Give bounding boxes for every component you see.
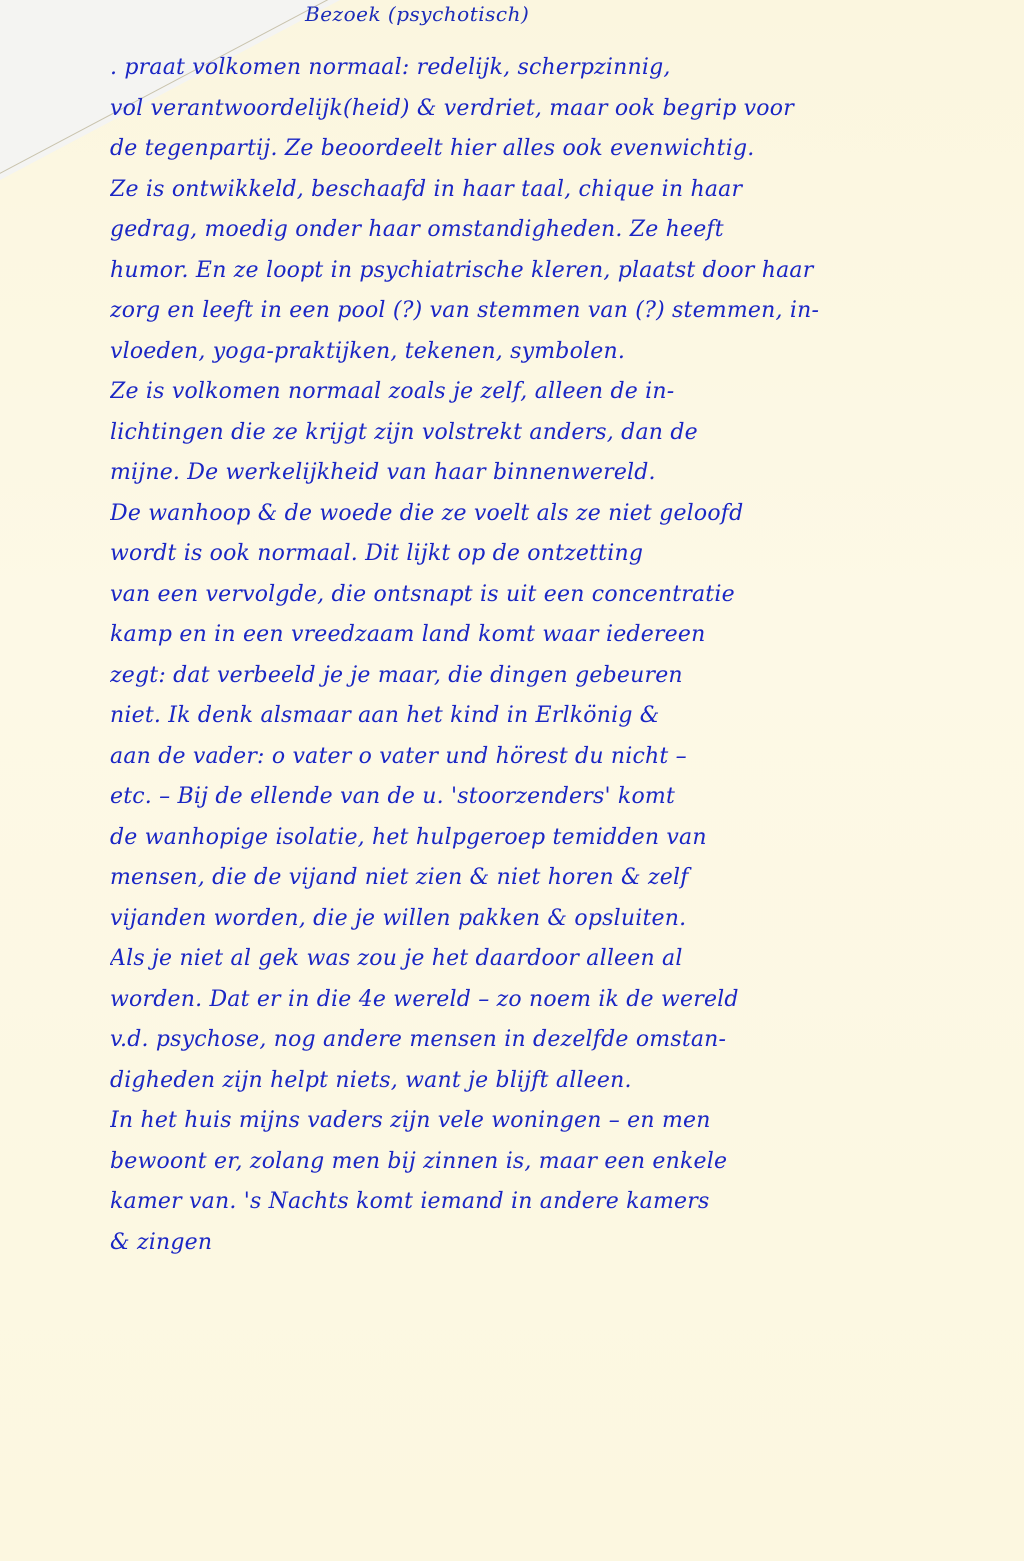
text-line: v.d. psychose, nog andere mensen in deze…: [110, 1020, 990, 1061]
text-line: zegt: dat verbeeld je je maar, die dinge…: [110, 656, 990, 697]
text-line: mensen, die de vijand niet zien & niet h…: [110, 858, 990, 899]
text-line: gedrag, moedig onder haar omstandigheden…: [110, 210, 990, 251]
text-line: Ze is volkomen normaal zoals je zelf, al…: [110, 372, 990, 413]
text-line: etc. – Bij de ellende van de u. 'stoorze…: [110, 777, 990, 818]
text-line: De wanhoop & de woede die ze voelt als z…: [110, 494, 990, 535]
text-line: de wanhopige isolatie, het hulpgeroep te…: [110, 818, 990, 859]
text-line: van een vervolgde, die ontsnapt is uit e…: [110, 575, 990, 616]
handwritten-text-body: . praat volkomen normaal: redelijk, sche…: [110, 48, 990, 1263]
text-line: zorg en leeft in een pool (?) van stemme…: [110, 291, 990, 332]
text-line: . praat volkomen normaal: redelijk, sche…: [110, 48, 990, 89]
text-line: In het huis mijns vaders zijn vele wonin…: [110, 1101, 990, 1142]
text-line: bewoont er, zolang men bij zinnen is, ma…: [110, 1142, 990, 1183]
text-line: mijne. De werkelijkheid van haar binnenw…: [110, 453, 990, 494]
text-line: vloeden, yoga-praktijken, tekenen, symbo…: [110, 332, 990, 373]
text-line: humor. En ze loopt in psychiatrische kle…: [110, 251, 990, 292]
text-line: Ze is ontwikkeld, beschaafd in haar taal…: [110, 170, 990, 211]
text-line: digheden zijn helpt niets, want je blijf…: [110, 1061, 990, 1102]
handwritten-page: Bezoek (psychotisch) . praat volkomen no…: [0, 0, 1024, 1561]
text-line: Als je niet al gek was zou je het daardo…: [110, 939, 990, 980]
text-line: niet. Ik denk alsmaar aan het kind in Er…: [110, 696, 990, 737]
text-line: kamer van. 's Nachts komt iemand in ande…: [110, 1182, 990, 1223]
text-line: vijanden worden, die je willen pakken & …: [110, 899, 990, 940]
page-heading: Bezoek (psychotisch): [305, 2, 529, 26]
text-line: lichtingen die ze krijgt zijn volstrekt …: [110, 413, 990, 454]
text-line: de tegenpartij. Ze beoordeelt hier alles…: [110, 129, 990, 170]
text-line: aan de vader: o vater o vater und hörest…: [110, 737, 990, 778]
text-line: & zingen: [110, 1223, 990, 1264]
text-line: worden. Dat er in die 4e wereld – zo noe…: [110, 980, 990, 1021]
text-line: wordt is ook normaal. Dit lijkt op de on…: [110, 534, 990, 575]
text-line: kamp en in een vreedzaam land komt waar …: [110, 615, 990, 656]
text-line: vol verantwoordelijk(heid) & verdriet, m…: [110, 89, 990, 130]
